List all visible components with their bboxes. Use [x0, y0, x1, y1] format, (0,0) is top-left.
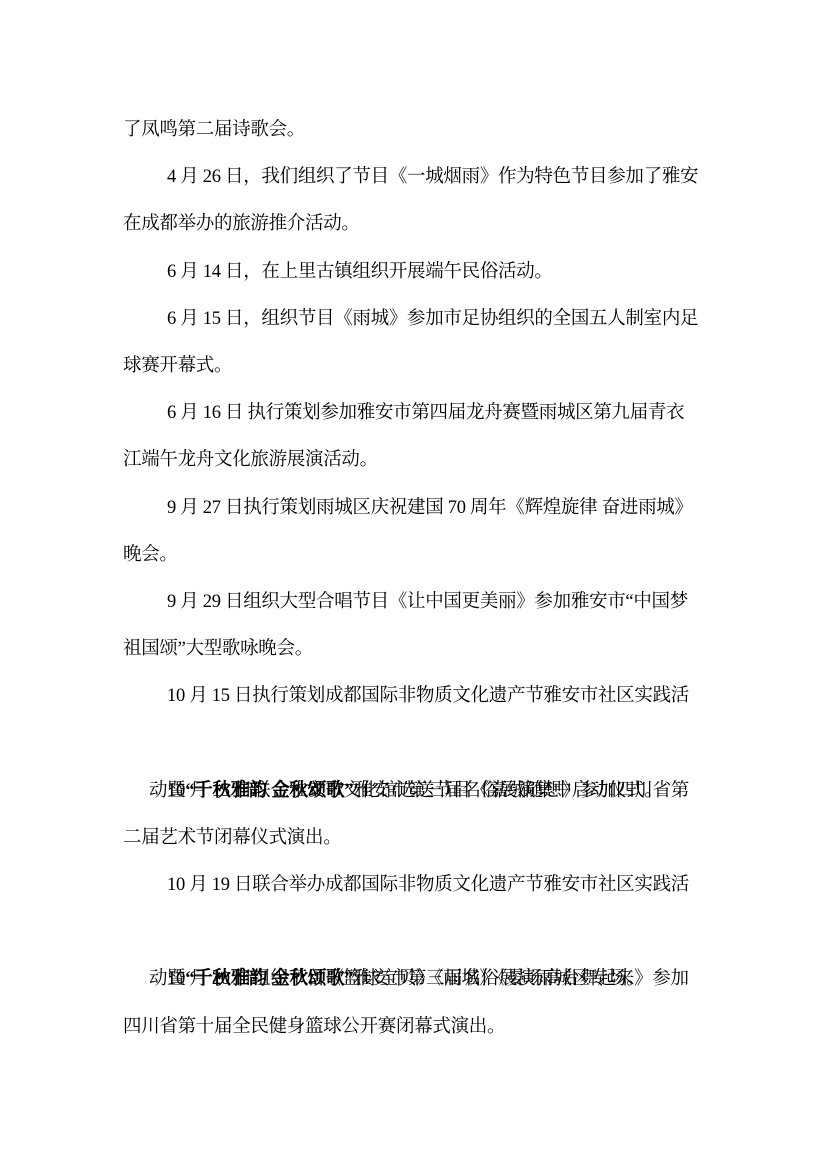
- document-page: 了凤鸣第二届诗歌会。 4 月 26 日，我们组织了节目《一城烟雨》作为特色节目参…: [0, 0, 827, 1169]
- paragraph-line: 晚会。: [123, 532, 707, 579]
- paragraph-line: 6 月 16 日 执行策划参加雅安市第四届龙舟赛暨雨城区第九届青衣: [123, 390, 707, 437]
- paragraph-line: 球赛开幕式。: [123, 343, 707, 390]
- page-text-block: 了凤鸣第二届诗歌会。 4 月 26 日，我们组织了节目《一城烟雨》作为特色节目参…: [123, 107, 707, 1051]
- paragraph-line: 9 月 29 日组织大型合唱节目《让中国更美丽》参加雅安市“中国梦: [123, 579, 707, 626]
- paragraph-line: 祖国颂”大型歌咏晚会。: [123, 626, 707, 673]
- paragraph-line: 10 月 20 日组织节目《篮球宝贝》《雨城》《晏场高台舞起来》参加: [123, 956, 707, 1003]
- paragraph-line: 了凤鸣第二届诗歌会。: [123, 107, 707, 154]
- paragraph-line: 4 月 26 日，我们组织了节目《一城烟雨》作为特色节目参加了雅安: [123, 154, 707, 201]
- paragraph-line: 在成都举办的旅游推介活动。: [123, 201, 707, 248]
- paragraph-line: 6 月 15 日，组织节目《雨城》参加市足协组织的全国五人制室内足: [123, 296, 707, 343]
- paragraph-line: 江端午龙舟文化旅游展演活动。: [123, 437, 707, 484]
- paragraph-line: 10 月 15 日执行策划成都国际非物质文化遗产节雅安市社区实践活: [123, 673, 707, 720]
- paragraph-line: 10 月 15 日联合雅安市文化馆选送节目《嘉绒随想》参加四川省第: [123, 768, 707, 815]
- paragraph-line: 动暨“千秋雅韵 金秋颂歌”雅安市第三届名俗展演雨城区专场。: [123, 909, 707, 956]
- paragraph-line: 二届艺术节闭幕仪式演出。: [123, 815, 707, 862]
- paragraph-line: 四川省第十届全民健身篮球公开赛闭幕式演出。: [123, 1004, 707, 1051]
- paragraph-line: 动暨“千秋雅韵 金秋颂歌”雅安市第三届名俗展演集中启动仪式。: [123, 720, 707, 767]
- paragraph-line: 6 月 14 日，在上里古镇组织开展端午民俗活动。: [123, 249, 707, 296]
- paragraph-line: 10 月 19 日联合举办成都国际非物质文化遗产节雅安市社区实践活: [123, 862, 707, 909]
- paragraph-line: 9 月 27 日执行策划雨城区庆祝建国 70 周年《辉煌旋律 奋进雨城》: [123, 485, 707, 532]
